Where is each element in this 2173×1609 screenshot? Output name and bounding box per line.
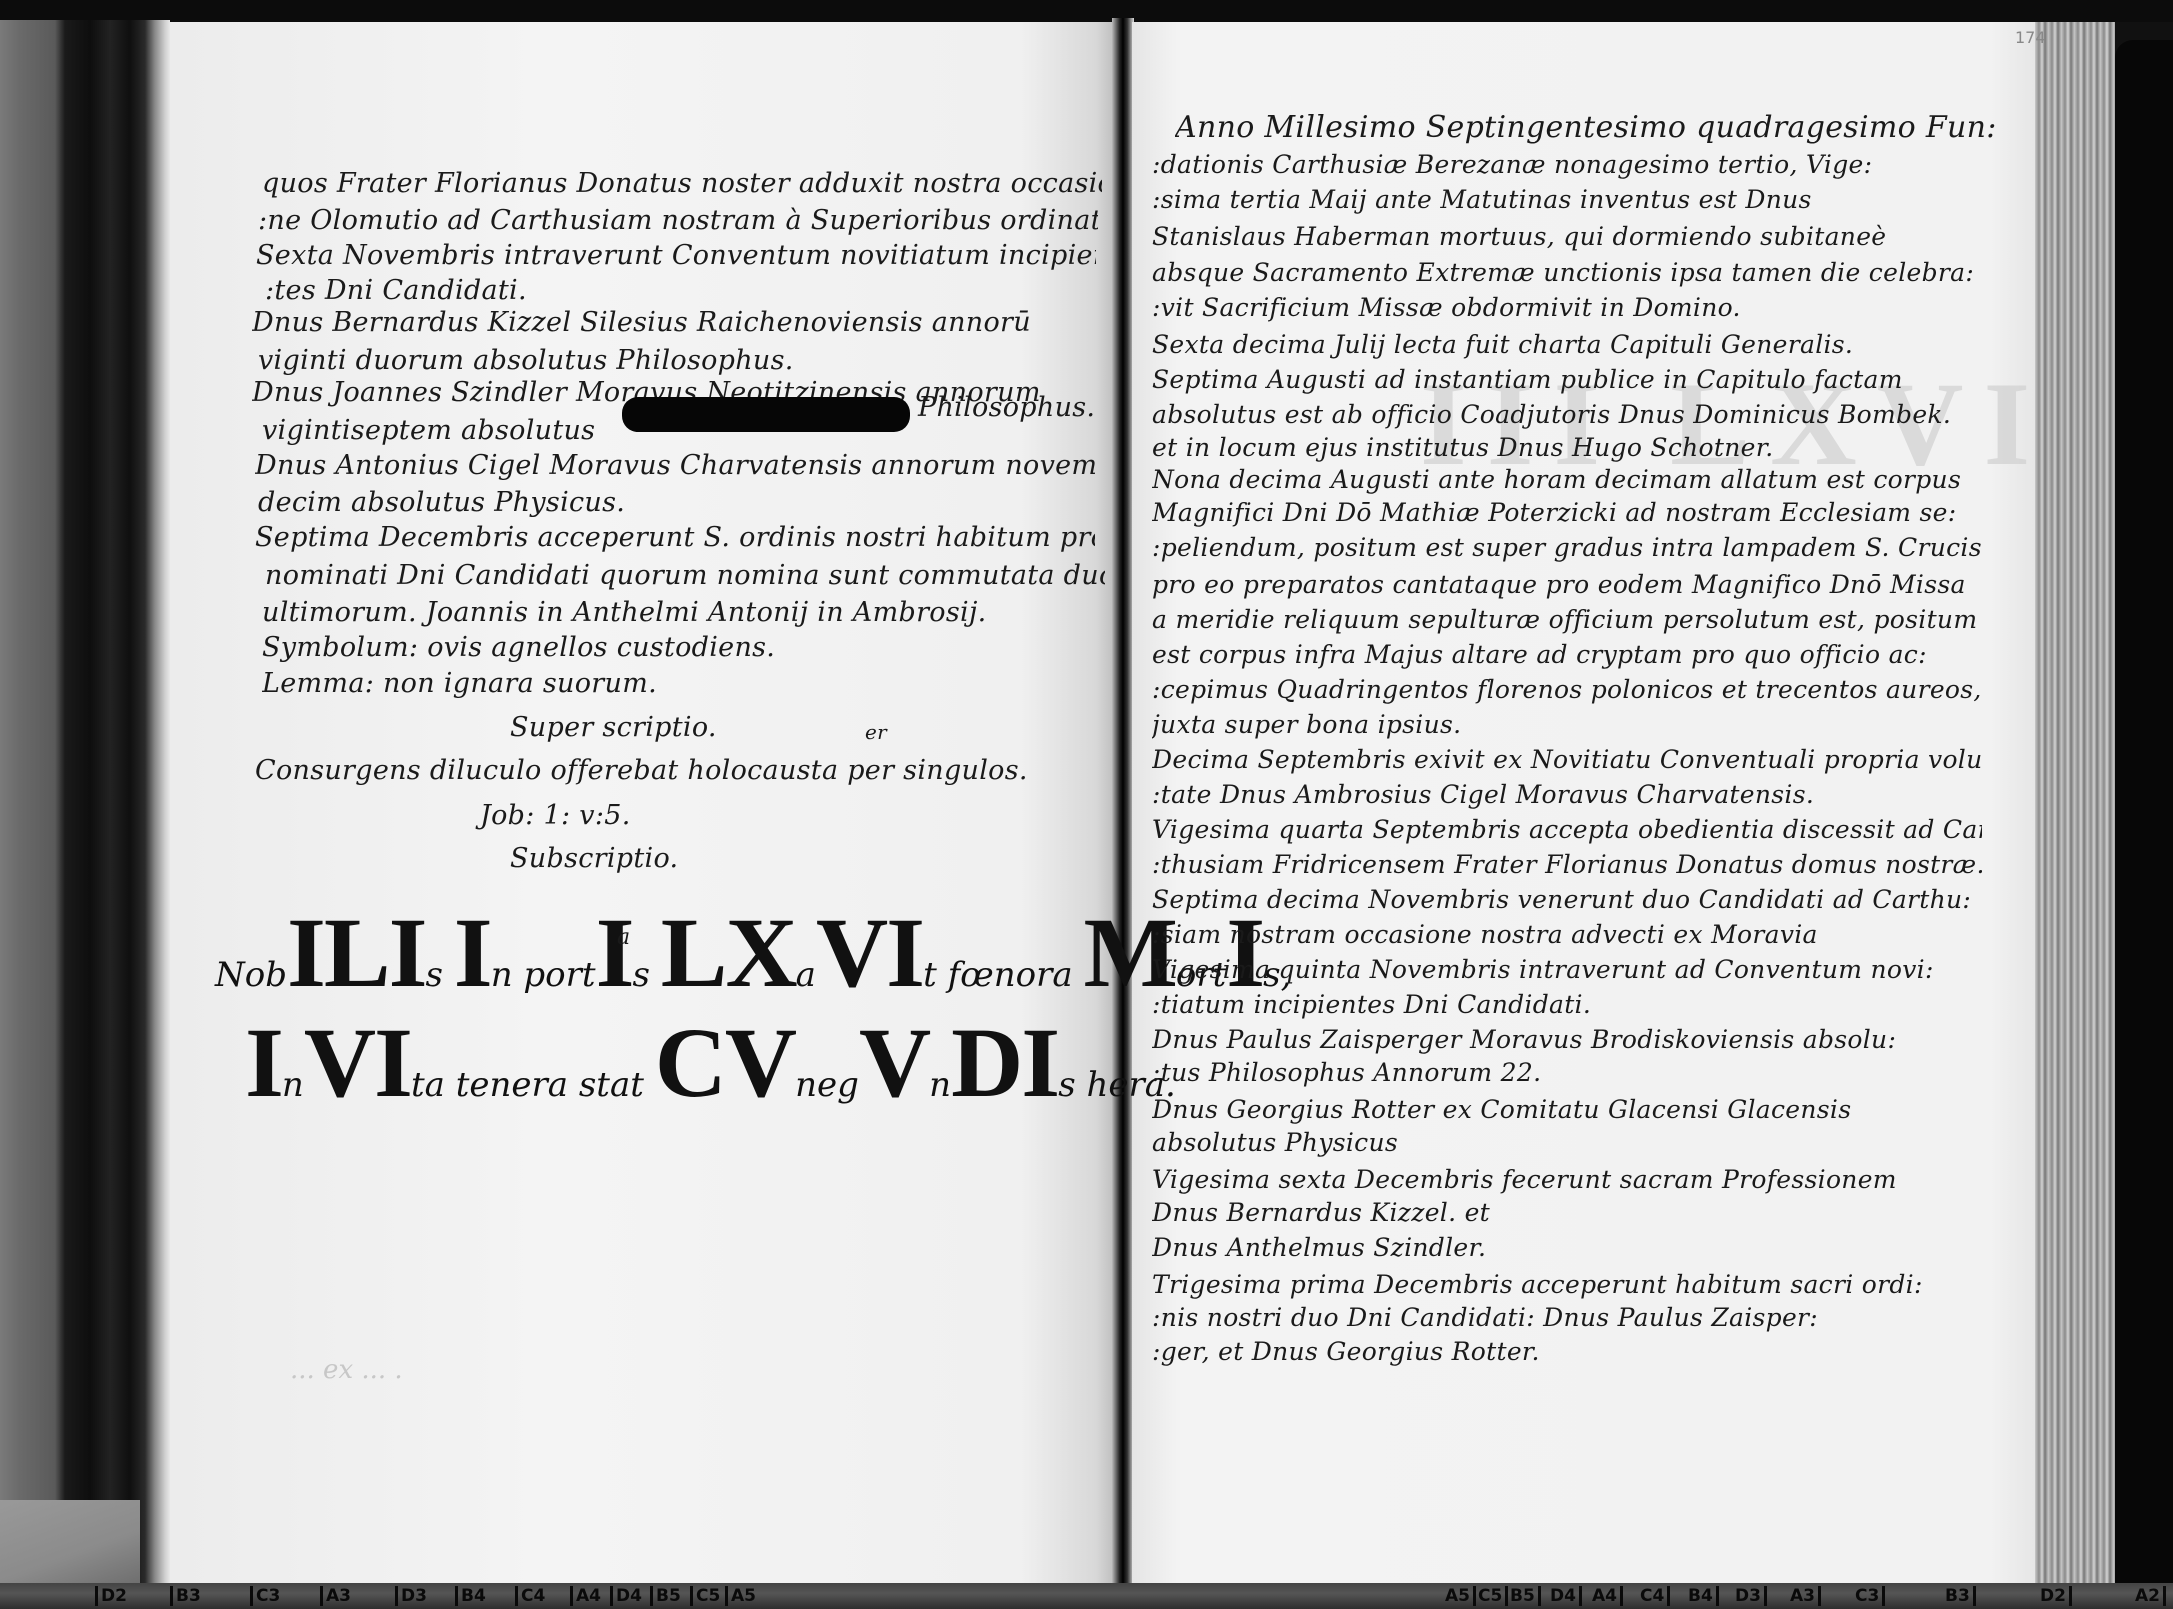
right-line: Septima Augusti ad instantiam publice in… xyxy=(1152,365,1982,394)
color-bar-label: A4 xyxy=(570,1586,601,1606)
right-line: :thusiam Fridricensem Frater Florianus D… xyxy=(1152,850,1982,879)
right-line: Magnifici Dni Dō Mathiæ Poterzicki ad no… xyxy=(1152,498,1982,527)
right-line: Vigesima sexta Decembris fecerunt sacram… xyxy=(1152,1165,1982,1194)
chronogram-letters: s xyxy=(632,955,660,995)
left-line: Dnus Antonius Cigel Moravus Charvatensis… xyxy=(255,450,1095,481)
left-line: quos Frater Florianus Donatus noster add… xyxy=(262,168,1102,199)
color-bar-label: B5 xyxy=(650,1586,681,1606)
right-line: Stanislaus Haberman mortuus, qui dormien… xyxy=(1152,222,1982,251)
fore-edge xyxy=(2035,22,2115,1585)
book-gutter xyxy=(1112,18,1134,1585)
left-line: Dnus Bernardus Kizzel Silesius Raichenov… xyxy=(252,307,1092,338)
right-line: Dnus Anthelmus Szindler. xyxy=(1152,1233,1982,1262)
color-bar-label: D2 xyxy=(2040,1586,2072,1606)
right-line: :vit Sacrificium Missæ obdormivit in Dom… xyxy=(1152,293,1982,322)
color-bar-label: B3 xyxy=(170,1586,201,1606)
page-number: 174 xyxy=(2015,28,2046,47)
right-line: absolutus est ab officio Coadjutoris Dnu… xyxy=(1152,400,1982,429)
left-line: ultimorum. Joannis in Anthelmi Antonij i… xyxy=(262,597,1102,628)
chronogram-numeral: V xyxy=(859,1007,929,1118)
right-line: Trigesima prima Decembris acceperunt hab… xyxy=(1152,1270,1982,1299)
chronogram-numeral: I xyxy=(454,897,491,1008)
right-line: Anno Millesimo Septingentesimo quadrages… xyxy=(1175,110,2005,145)
right-line: Dnus Paulus Zaisperger Moravus Brodiskov… xyxy=(1152,1025,1982,1054)
left-line: :ne Olomutio ad Carthusiam nostram à Sup… xyxy=(258,205,1098,236)
right-line: :ger, et Dnus Georgius Rotter. xyxy=(1152,1337,1982,1366)
color-bar-label: A2 xyxy=(2135,1586,2166,1606)
chronogram-letters: n port xyxy=(491,955,596,995)
right-line: Sexta decima Julij lecta fuit charta Cap… xyxy=(1152,330,1982,359)
color-bar-label: B5 xyxy=(1510,1586,1541,1606)
chronogram-letters: s xyxy=(426,955,454,995)
color-bar-label: C5 xyxy=(690,1586,720,1606)
color-bar-label: A5 xyxy=(725,1586,756,1606)
color-bar-label: D3 xyxy=(395,1586,427,1606)
chronogram-numeral: CV xyxy=(655,1007,795,1118)
color-bar-label: D4 xyxy=(610,1586,642,1606)
chronogram-numeral: VI xyxy=(304,1007,411,1118)
right-line: a meridie reliquum sepulturæ officium pe… xyxy=(1152,605,1982,634)
right-line: :tate Dnus Ambrosius Cigel Moravus Charv… xyxy=(1152,780,1982,809)
right-line: Vigesima quinta Novembris intraverunt ad… xyxy=(1152,955,1982,984)
right-line: :peliendum, positum est super gradus int… xyxy=(1152,533,1982,562)
citation: Job: 1: v:5. xyxy=(480,800,631,831)
right-line: :cepimus Quadringentos florenos polonico… xyxy=(1152,675,1982,704)
right-line: est corpus infra Majus altare ad cryptam… xyxy=(1152,640,1982,669)
right-line: Decima Septembris exivit ex Novitiatu Co… xyxy=(1152,745,1982,774)
chronogram-letters: neg xyxy=(795,1065,859,1105)
right-line: :sima tertia Maij ante Matutinas inventu… xyxy=(1152,185,1982,214)
left-line: viginti duorum absolutus Philosophus. xyxy=(258,345,1098,376)
left-line: Lemma: non ignara suorum. xyxy=(262,668,1102,699)
right-line: Dnus Georgius Rotter ex Comitatu Glacens… xyxy=(1152,1095,1982,1124)
left-line: decim absolutus Physicus. xyxy=(258,487,1098,518)
left-binding-edge xyxy=(0,20,170,1585)
color-bar-label: C3 xyxy=(1855,1586,1885,1606)
color-bar-label: D2 xyxy=(95,1586,127,1606)
color-bar-label: D4 xyxy=(1550,1586,1582,1606)
color-bar-label: B3 xyxy=(1945,1586,1976,1606)
chronogram-line-2: InVIta tenera stat CVnegVnDIs hera. xyxy=(245,1005,1176,1120)
left-line-after-redaction: Philosophus. xyxy=(918,392,1095,423)
color-bar-label: B4 xyxy=(1688,1586,1719,1606)
subscriptio-label: Subscriptio. xyxy=(510,843,678,874)
right-line: Nona decima Augusti ante horam decimam a… xyxy=(1152,465,1982,494)
right-line: juxta super bona ipsius. xyxy=(1152,710,1982,739)
right-line: pro eo preparatos cantataque pro eodem M… xyxy=(1152,570,1982,599)
right-line: :tiatum incipientes Dni Candidati. xyxy=(1152,990,1982,1019)
left-line: Septima Decembris acceperunt S. ordinis … xyxy=(255,522,1095,553)
left-line: Sexta Novembris intraverunt Conventum no… xyxy=(256,240,1096,271)
color-bar-label: C4 xyxy=(515,1586,545,1606)
right-line: :nis nostri duo Dni Candidati: Dnus Paul… xyxy=(1152,1303,1982,1332)
right-line: Dnus Bernardus Kizzel. et xyxy=(1152,1198,1982,1227)
color-bar-label: A3 xyxy=(1790,1586,1821,1606)
chronogram-letters: t fœnora xyxy=(923,955,1083,995)
right-line: Vigesima quarta Septembris accepta obedi… xyxy=(1152,815,1982,844)
chronogram-line-1: NobILIs In portIs LXaVIt fœnora MortIs, xyxy=(215,895,1291,1010)
color-bar-label: C3 xyxy=(250,1586,280,1606)
chronogram-numeral: ILI xyxy=(287,897,426,1008)
right-line: absolutus Physicus xyxy=(1152,1128,1982,1157)
right-line: Septima decima Novembris venerunt duo Ca… xyxy=(1152,885,1982,914)
color-bar-label: A3 xyxy=(320,1586,351,1606)
right-line: absque Sacramento Extremæ unctionis ipsa… xyxy=(1152,258,1982,287)
right-line: et in locum ejus institutus Dnus Hugo Sc… xyxy=(1152,433,1982,462)
chronogram-numeral: VI xyxy=(816,897,923,1008)
chronogram-numeral: DI xyxy=(951,1007,1058,1118)
chronogram-superscript: a xyxy=(617,925,630,950)
superscriptio-text: Consurgens diluculo offerebat holocausta… xyxy=(255,755,1028,786)
chronogram-letters: ta tenera stat xyxy=(411,1065,655,1105)
superscriptio-insert: er xyxy=(865,720,887,744)
chronogram-numeral: I xyxy=(245,1007,282,1118)
color-bar-label: A4 xyxy=(1592,1586,1623,1606)
chronogram-letters: n xyxy=(282,1065,304,1105)
color-bar-label: B4 xyxy=(455,1586,486,1606)
chronogram-letters: Nob xyxy=(215,955,287,995)
left-line: :tes Dni Candidati. xyxy=(265,275,1105,306)
left-line: nominati Dni Candidati quorum nomina sun… xyxy=(265,560,1105,591)
color-bar-label: C4 xyxy=(1640,1586,1670,1606)
right-line: :tus Philosophus Annorum 22. xyxy=(1152,1058,1982,1087)
chronogram-letters: a xyxy=(796,955,816,995)
color-bar-label: D3 xyxy=(1735,1586,1767,1606)
left-cover-corner xyxy=(0,1500,140,1585)
color-bar-label: A5 xyxy=(1445,1586,1476,1606)
chronogram-numeral: LX xyxy=(661,897,796,1008)
left-line: Symbolum: ovis agnellos custodiens. xyxy=(262,632,1102,663)
bleed-through-text: ... ex ... . xyxy=(290,1355,403,1385)
right-line: :dationis Carthusiæ Berezanæ nonagesimo … xyxy=(1152,150,1982,179)
superscriptio-label: Super scriptio. xyxy=(510,712,717,743)
color-bar-label: C5 xyxy=(1478,1586,1508,1606)
chronogram-letters: n xyxy=(929,1065,951,1105)
right-line: :siam nostram occasione nostra advecti e… xyxy=(1152,920,1982,949)
redaction-bar xyxy=(622,397,910,432)
right-binding-edge xyxy=(2115,40,2173,1585)
chronogram-numeral: I xyxy=(596,897,633,1008)
top-shadow-band xyxy=(0,0,2173,22)
